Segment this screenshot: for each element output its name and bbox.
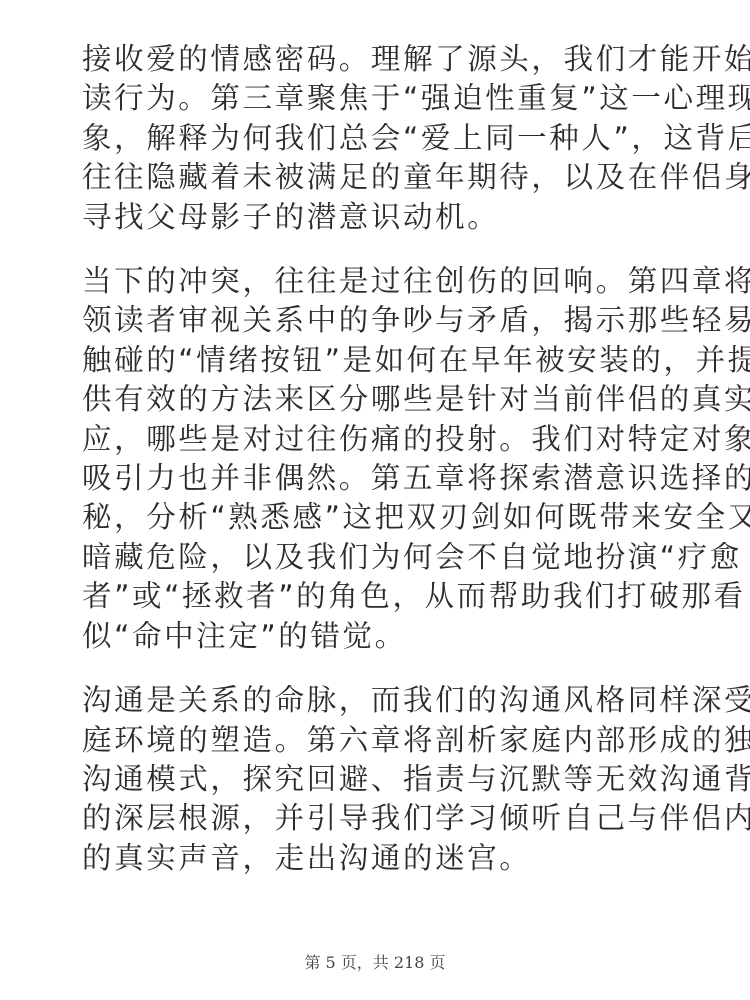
text-line: 庭环境的塑造。第六章将剖析家庭内部形成的独特	[82, 721, 666, 760]
text-line: 接收爱的情感密码。理解了源头，我们才能开始解	[82, 40, 666, 79]
text-line: 当下的冲突，往往是过往创伤的回响。第四章将带	[82, 262, 666, 301]
text-line: 的深层根源，并引导我们学习倾听自己与伴侣内在	[82, 799, 666, 838]
text-line: 应，哪些是对过往伤痛的投射。我们对特定对象的	[82, 420, 666, 459]
paragraph-3: 沟通是关系的命脉，而我们的沟通风格同样深受家 庭环境的塑造。第六章将剖析家庭内部…	[82, 681, 666, 878]
text-line: 往往隐藏着未被满足的童年期待，以及在伴侣身上	[82, 158, 666, 197]
paragraph-2: 当下的冲突，往往是过往创伤的回响。第四章将带 领读者审视关系中的争吵与矛盾，揭示…	[82, 262, 666, 656]
text-line: 寻找父母影子的潜意识动机。	[82, 198, 666, 237]
text-line: 领读者审视关系中的争吵与矛盾，揭示那些轻易被	[82, 301, 666, 340]
text-line: 暗藏危险，以及我们为何会不自觉地扮演“疗愈	[82, 538, 666, 577]
text-line: 供有效的方法来区分哪些是针对当前伴侣的真实反	[82, 380, 666, 419]
text-line: 似“命中注定”的错觉。	[82, 617, 666, 656]
text-line: 读行为。第三章聚焦于“强迫性重复”这一心理现	[82, 79, 666, 118]
text-line: 象，解释为何我们总会“爱上同一种人”，这背后	[82, 119, 666, 158]
text-line: 吸引力也并非偶然。第五章将探索潜意识选择的奥	[82, 459, 666, 498]
document-page: 接收爱的情感密码。理解了源头，我们才能开始解 读行为。第三章聚焦于“强迫性重复”…	[82, 40, 666, 903]
text-line: 沟通是关系的命脉，而我们的沟通风格同样深受家	[82, 681, 666, 720]
text-line: 的真实声音，走出沟通的迷宫。	[82, 839, 666, 878]
paragraph-1: 接收爱的情感密码。理解了源头，我们才能开始解 读行为。第三章聚焦于“强迫性重复”…	[82, 40, 666, 237]
text-line: 触碰的“情绪按钮”是如何在早年被安装的，并提	[82, 341, 666, 380]
text-line: 者”或“拯救者”的角色，从而帮助我们打破那看	[82, 577, 666, 616]
page-number-footer: 第 5 页，共 218 页	[0, 950, 750, 973]
text-line: 沟通模式，探究回避、指责与沉默等无效沟通背后	[82, 760, 666, 799]
text-line: 秘，分析“熟悉感”这把双刃剑如何既带来安全又	[82, 498, 666, 537]
